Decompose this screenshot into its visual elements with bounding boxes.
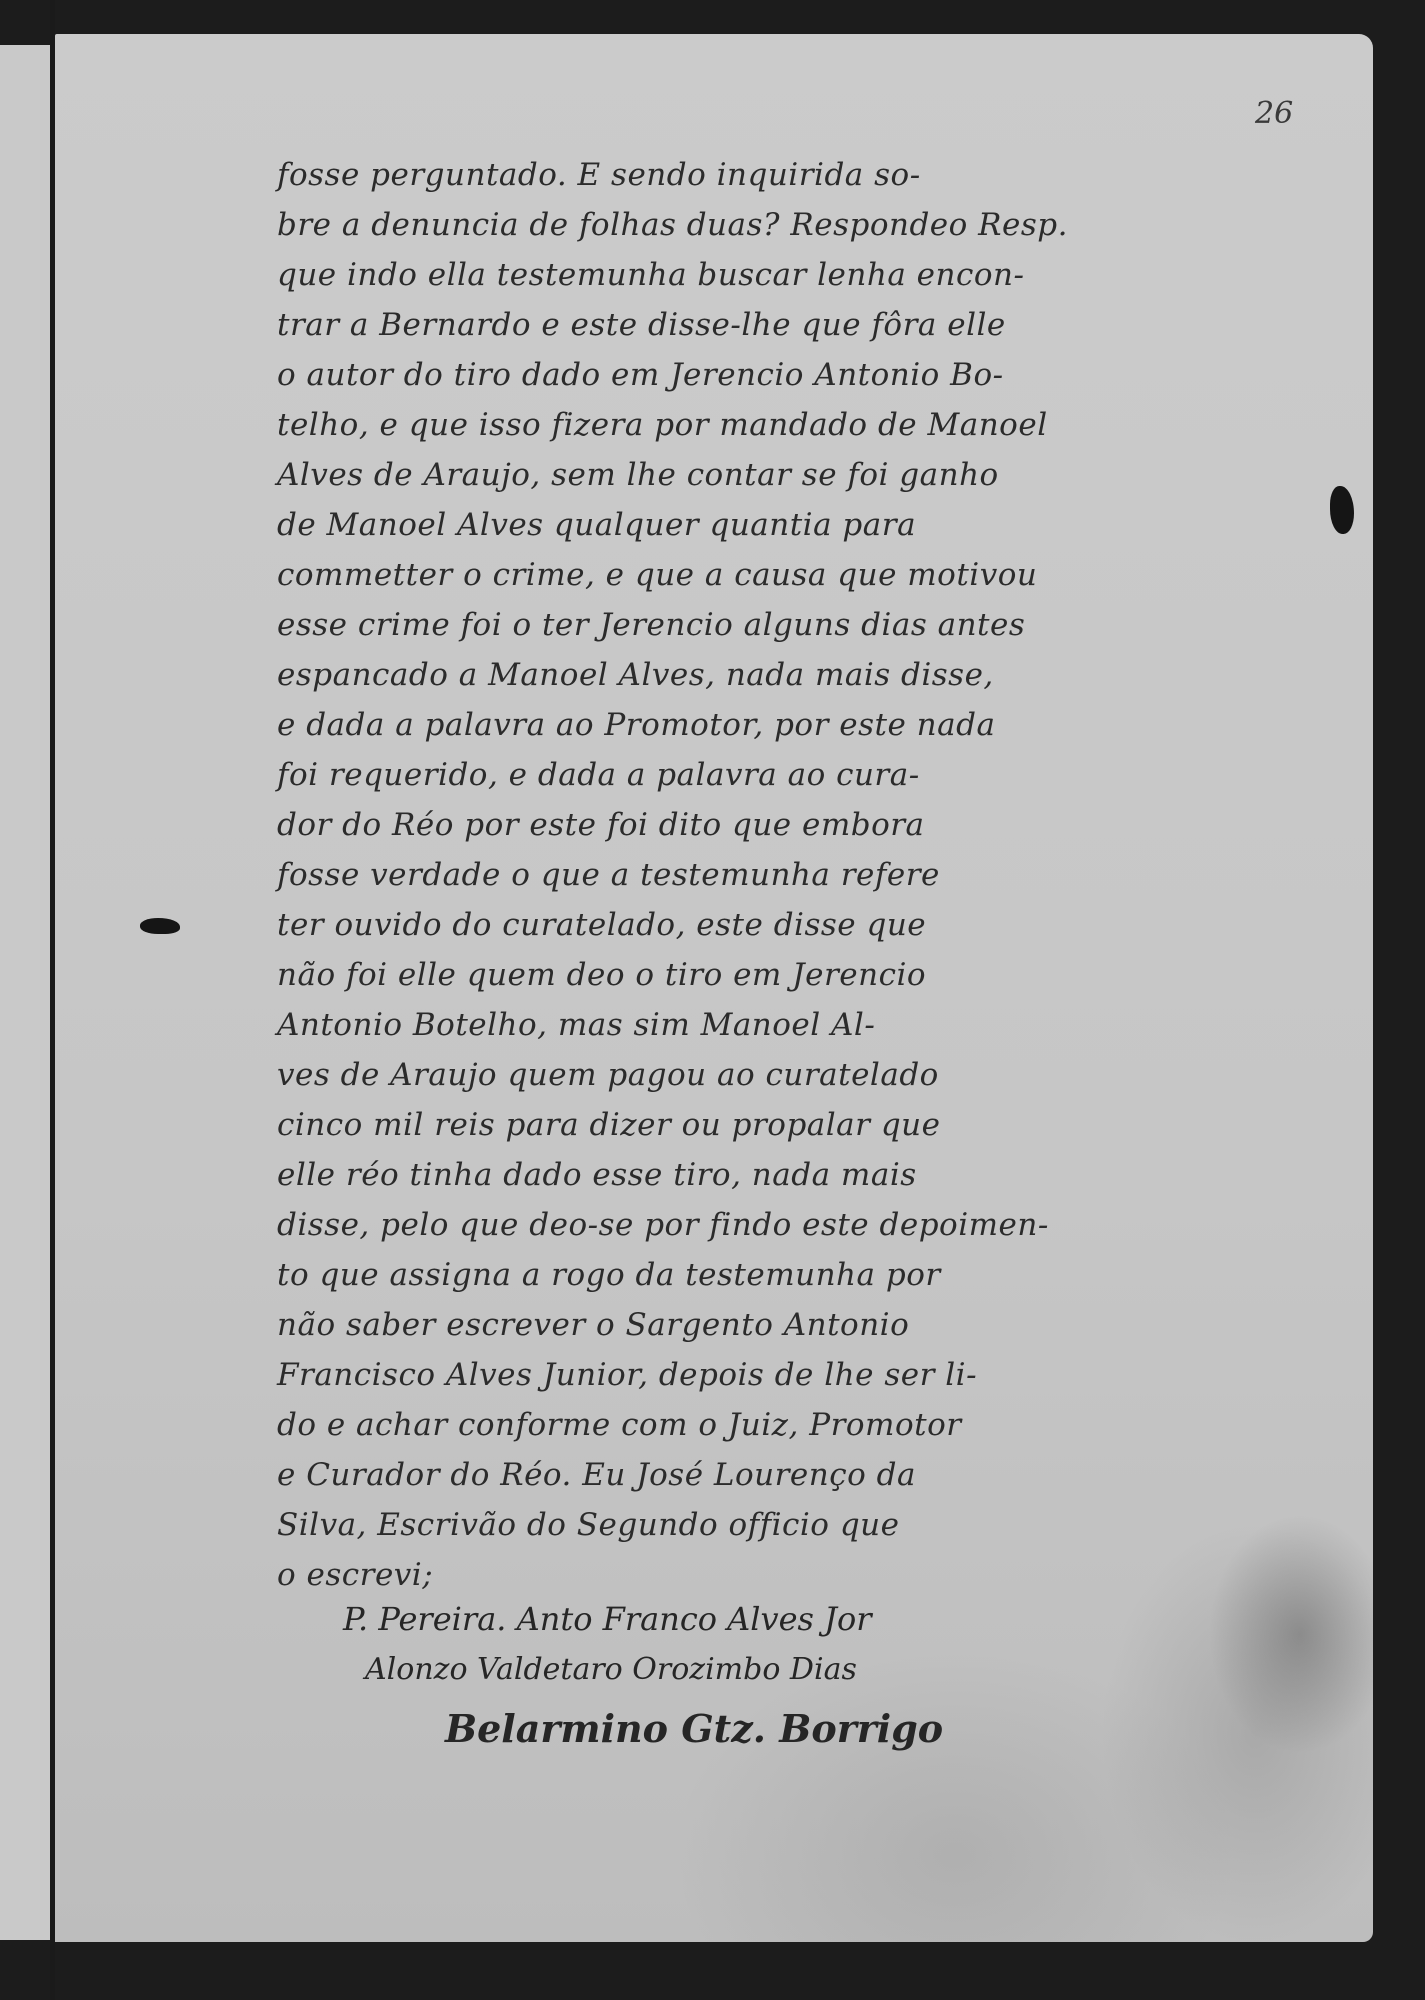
adjacent-page-strip [0,45,50,1940]
text-line: fosse perguntado. E sendo inquirida so- [277,150,1337,200]
text-line: que indo ella testemunha buscar lenha en… [277,250,1337,300]
text-line: não saber escrever o Sargento Antonio [277,1300,1337,1350]
text-line: ves de Araujo quem pagou ao curatelado [277,1050,1337,1100]
text-line: de Manoel Alves qualquer quantia para [277,500,1337,550]
text-line: fosse verdade o que a testemunha refere [277,850,1337,900]
text-line: Alves de Araujo, sem lhe contar se foi g… [277,450,1337,500]
text-line: Silva, Escrivão do Segundo officio que [277,1500,1337,1550]
text-line: telho, e que isso fizera por mandado de … [277,400,1337,450]
text-line: foi requerido, e dada a palavra ao cura- [277,750,1337,800]
signature-valdetaro-dias: Alonzo Valdetaro Orozimbo Dias [365,1652,857,1687]
text-line: to que assigna a rogo da testemunha por [277,1250,1337,1300]
text-line: e dada a palavra ao Promotor, por este n… [277,700,1337,750]
text-line: elle réo tinha dado esse tiro, nada mais [277,1150,1337,1200]
text-line: dor do Réo por este foi dito que embora [277,800,1337,850]
text-line: o escrevi; [277,1550,1337,1600]
text-line: e Curador do Réo. Eu José Lourenço da [277,1450,1337,1500]
signature-pereira-alves: P. Pereira. Anto Franco Alves Jor [343,1600,872,1638]
manuscript-body: fosse perguntado. E sendo inquirida so- … [277,150,1337,1600]
text-line: não foi elle quem deo o tiro em Jerencio [277,950,1337,1000]
page-number: 26 [1255,96,1293,131]
text-line: commetter o crime, e que a causa que mot… [277,550,1337,600]
text-line: o autor do tiro dado em Jerencio Antonio… [277,350,1337,400]
text-line: ter ouvido do curatelado, este disse que [277,900,1337,950]
text-line: Antonio Botelho, mas sim Manoel Al- [277,1000,1337,1050]
paper-hole-icon [140,918,180,934]
text-line: cinco mil reis para dizer ou propalar qu… [277,1100,1337,1150]
text-line: espancado a Manoel Alves, nada mais diss… [277,650,1337,700]
text-line: Francisco Alves Junior, depois de lhe se… [277,1350,1337,1400]
manuscript-page: 26 fosse perguntado. E sendo inquirida s… [55,34,1373,1942]
text-line: esse crime foi o ter Jerencio alguns dia… [277,600,1337,650]
text-line: disse, pelo que deo-se por findo este de… [277,1200,1337,1250]
text-line: trar a Bernardo e este disse-lhe que fôr… [277,300,1337,350]
signature-belarmino: Belarmino Gtz. Borrigo [445,1706,943,1751]
text-line: bre a denuncia de folhas duas? Respondeo… [277,200,1337,250]
text-line: do e achar conforme com o Juiz, Promotor [277,1400,1337,1450]
